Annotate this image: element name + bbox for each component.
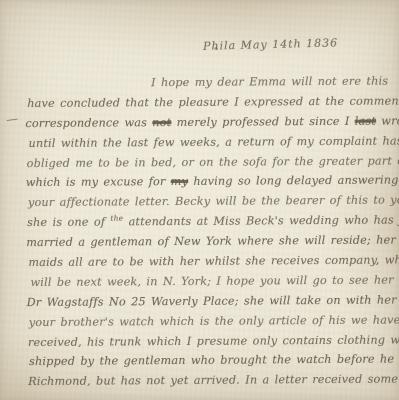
ink-blot: [214, 47, 218, 50]
letter-line: your brother's watch which is the only a…: [27, 310, 399, 333]
letter-line: she is one of the attendants at Miss Bec…: [26, 211, 399, 234]
letter-text: received, his trunk which I presume only…: [28, 333, 399, 349]
letter-line: received, his trunk which I presume only…: [27, 330, 399, 353]
letter-line: until within the last few weeks, a retur…: [25, 131, 399, 154]
letter-line: obliged me to be in bed, or on the sofa …: [26, 151, 399, 174]
letter-text: Dr Wagstaffs No 25 Waverly Place; she wi…: [27, 293, 397, 309]
letter-line: your affectionate letter. Becky will be …: [26, 191, 399, 214]
letter-text: will be next week, in N. York; I hope yo…: [30, 273, 399, 289]
letter-text: your affectionate letter. Becky will be …: [28, 194, 399, 210]
letter-text: maids all are to be with her whilst she …: [28, 253, 399, 269]
letter-text: your brother's watch which is the only a…: [29, 313, 399, 329]
letter-dateline: Phila May 14th 1836: [203, 36, 338, 53]
letter-line: shipped by the gentleman who brought the…: [27, 350, 399, 373]
margin-mark: —: [5, 111, 19, 127]
letter-body: I hope my dear Emma will not ere thishav…: [25, 71, 399, 392]
letter-line: I hope my dear Emma will not ere this: [25, 71, 399, 94]
letter-text: she is one of: [27, 216, 110, 230]
letter-text: having so long delayed answering: [188, 174, 399, 188]
letter-text: married a gentleman of New York where sh…: [26, 233, 399, 249]
letter-text: shipped by the gentleman who brought the…: [29, 353, 399, 369]
letter-text: merely professed but since I: [171, 114, 354, 128]
letter-text: which is my excuse for: [26, 175, 171, 189]
letter-text: until within the last few weeks, a retur…: [28, 134, 399, 150]
letter-line: married a gentleman of New York where sh…: [26, 231, 399, 254]
letter-line: maids all are to be with her whilst she …: [26, 250, 399, 273]
letter-line: Dr Wagstaffs No 25 Waverly Place; she wi…: [27, 290, 399, 313]
struck-word: my: [171, 175, 188, 188]
letter-text: obliged me to be in bed, or on the sofa …: [27, 154, 399, 170]
letter-line: Richmond, but has not yet arrived. In a …: [27, 370, 399, 393]
letter-text: I hope my dear Emma will not ere this: [151, 74, 388, 89]
letter-page: Phila May 14th 1836 — I hope my dear Emm…: [0, 0, 399, 400]
struck-word: last: [355, 114, 376, 127]
letter-text: correspondence was: [25, 116, 152, 130]
letter-text: wrote you,: [376, 114, 399, 127]
letter-line: which is my excuse for my having so long…: [26, 171, 399, 194]
letter-text: have concluded that the pleasure I expre…: [27, 94, 399, 110]
letter-line: will be next week, in N. York; I hope yo…: [26, 270, 399, 293]
letter-line: have concluded that the pleasure I expre…: [25, 91, 399, 114]
struck-word: not: [152, 116, 171, 129]
inserted-word: the: [110, 214, 123, 223]
letter-text: Richmond, but has not yet arrived. In a …: [28, 373, 399, 389]
letter-text: attendants at Miss Beck's wedding who ha…: [123, 213, 399, 228]
letter-line: correspondence was not merely professed …: [25, 111, 399, 134]
